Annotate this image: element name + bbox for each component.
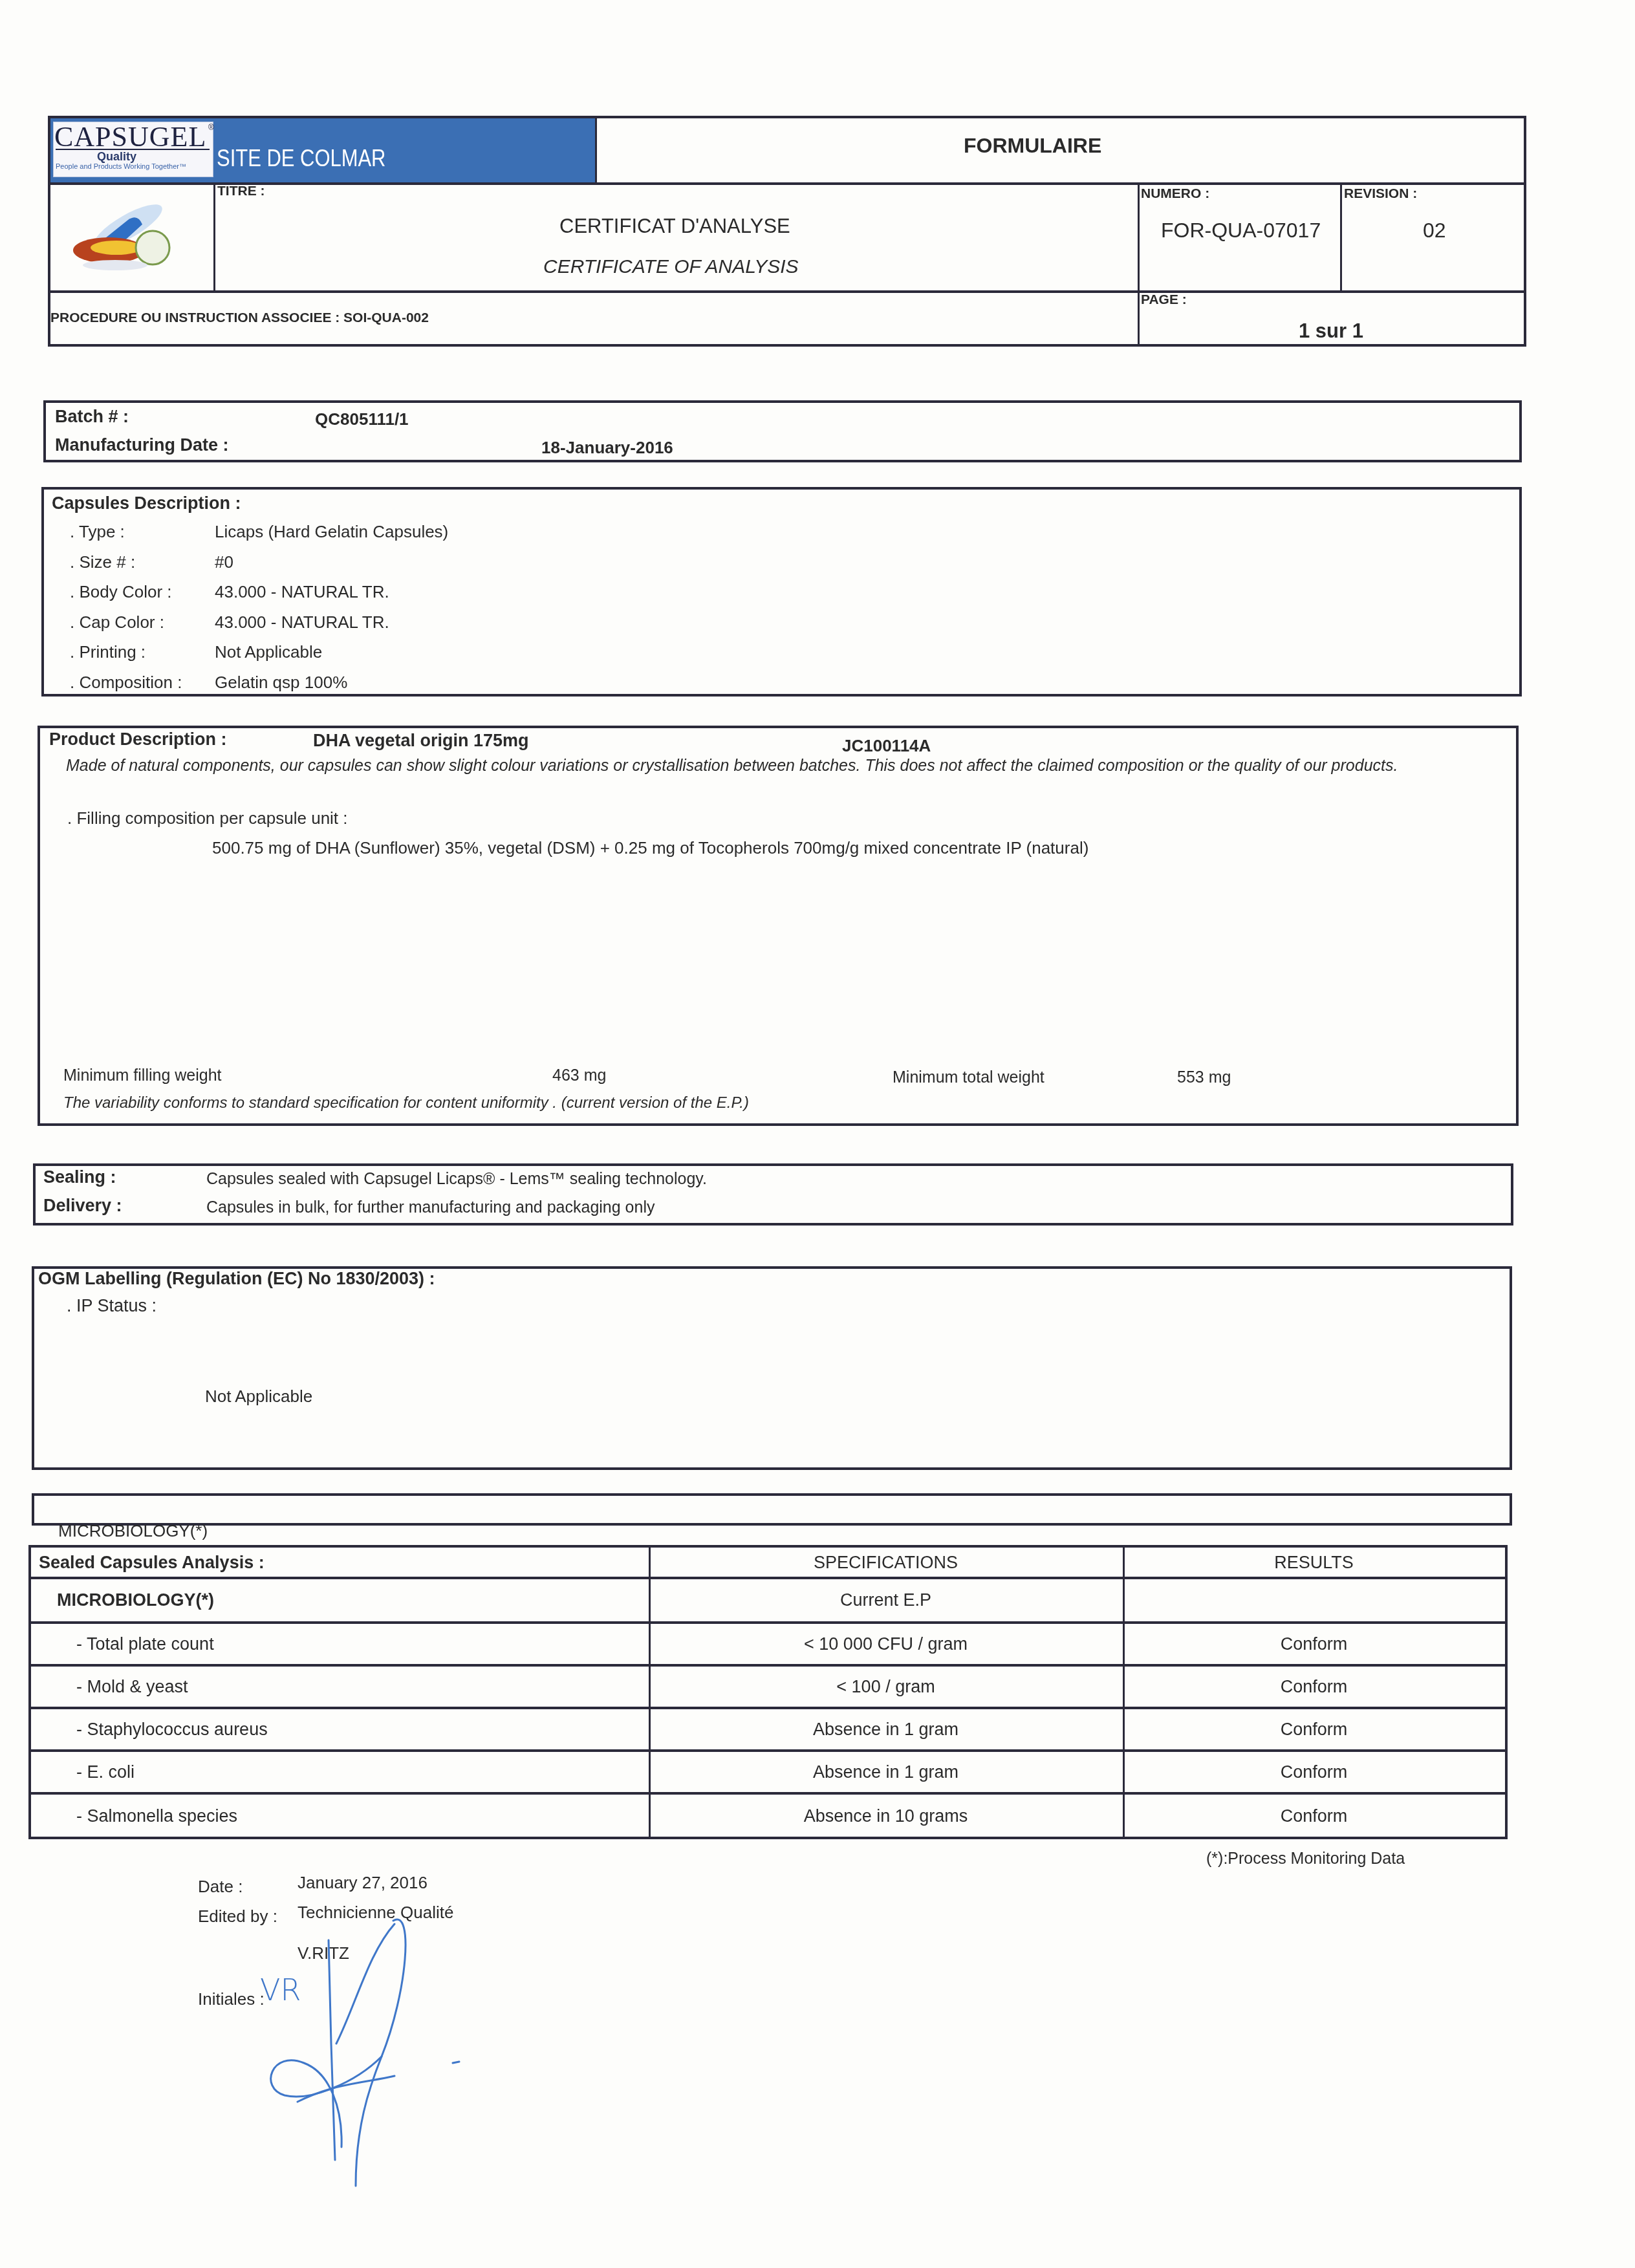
table-row-test: - Staphylococcus aureus	[76, 1708, 649, 1751]
min-total-weight-label: Minimum total weight	[893, 1068, 1045, 1087]
capsule-attr-label: . Type :	[70, 522, 125, 542]
blank-field	[32, 1493, 1512, 1526]
table-row-result: Conform	[1123, 1623, 1505, 1665]
capsule-attr-value: Licaps (Hard Gelatin Capsules)	[215, 522, 448, 542]
ip-status-label: . IP Status :	[67, 1296, 157, 1316]
ogm-heading: OGM Labelling (Regulation (EC) No 1830/2…	[38, 1269, 435, 1289]
batch-value: QC805111/1	[315, 409, 409, 429]
capsule-attr-label: . Size # :	[70, 552, 135, 572]
table-row-result: Conform	[1123, 1708, 1505, 1751]
handwritten-signature-icon	[259, 1914, 466, 2199]
table-group-result	[1123, 1578, 1505, 1623]
table-header-results: RESULTS	[1123, 1548, 1505, 1578]
table-row-test: - Salmonella species	[76, 1793, 649, 1839]
mfg-date-label: Manufacturing Date :	[55, 435, 229, 455]
table-row-spec: < 100 / gram	[649, 1665, 1123, 1708]
min-filling-weight-label: Minimum filling weight	[63, 1066, 222, 1085]
table-row-test: - E. coli	[76, 1751, 649, 1793]
table-row-spec: Absence in 10 grams	[649, 1793, 1123, 1839]
capsule-attr-value: 43.000 - NATURAL TR.	[215, 612, 389, 632]
capsules-heading: Capsules Description :	[52, 493, 241, 513]
delivery-value: Capsules in bulk, for further manufactur…	[206, 1198, 655, 1217]
numero-label: NUMERO :	[1141, 186, 1209, 202]
capsules-description-section: Capsules Description : . Type :Licaps (H…	[41, 487, 1522, 697]
title-label: TITRE :	[217, 184, 265, 199]
ip-status-value: Not Applicable	[205, 1387, 312, 1407]
ogm-labelling-section: OGM Labelling (Regulation (EC) No 1830/2…	[32, 1266, 1512, 1470]
microbiology-caption: MICROBIOLOGY(*)	[58, 1521, 208, 1541]
capsule-attr-value: 43.000 - NATURAL TR.	[215, 582, 389, 602]
logo-tagline: People and Products Working Together™	[56, 163, 186, 171]
document-title-fr: CERTIFICAT D'ANALYSE	[559, 215, 790, 238]
capsule-attr-value: #0	[215, 552, 233, 572]
batch-section: Batch # : QC805111/1 Manufacturing Date …	[43, 400, 1522, 462]
table-row-spec: < 10 000 CFU / gram	[649, 1623, 1123, 1665]
process-monitoring-footnote: (*):Process Monitoring Data	[1206, 1850, 1405, 1868]
logo-subtitle: Quality	[97, 150, 136, 164]
delivery-label: Delivery :	[43, 1196, 122, 1216]
table-row-test: - Total plate count	[76, 1623, 649, 1665]
form-type: FORMULAIRE	[964, 134, 1101, 158]
table-row-result: Conform	[1123, 1751, 1505, 1793]
variability-note: The variability conforms to standard spe…	[63, 1094, 749, 1112]
min-filling-weight-value: 463 mg	[552, 1066, 606, 1085]
product-code: JC100114A	[842, 736, 931, 756]
initials-label: Initiales :	[198, 1989, 265, 2009]
table-group-name: MICROBIOLOGY(*)	[57, 1578, 649, 1623]
table-row-result: Conform	[1123, 1793, 1505, 1839]
table-header-specifications: SPECIFICATIONS	[649, 1548, 1123, 1578]
page-label: PAGE :	[1141, 292, 1187, 308]
capsule-attr-label: . Body Color :	[70, 582, 172, 602]
date-label: Date :	[198, 1877, 243, 1897]
procedure-reference: PROCEDURE OU INSTRUCTION ASSOCIEE : SOI-…	[50, 310, 429, 326]
image-cell-divider	[213, 184, 215, 290]
revision-divider	[1340, 184, 1342, 290]
min-total-weight-value: 553 mg	[1177, 1068, 1231, 1087]
product-description-section: Product Description : DHA vegetal origin…	[38, 726, 1519, 1126]
capsule-attr-label: . Cap Color :	[70, 612, 164, 632]
numero-value: FOR-QUA-07017	[1161, 219, 1321, 243]
revision-value: 02	[1423, 219, 1446, 243]
table-group-spec: Current E.P	[649, 1578, 1123, 1623]
product-label: Product Description :	[49, 729, 227, 750]
table-row-test: - Mold & yeast	[76, 1665, 649, 1708]
analysis-table: Sealed Capsules Analysis :SPECIFICATIONS…	[28, 1545, 1508, 1839]
filling-composition-label: . Filling composition per capsule unit :	[67, 808, 348, 828]
sealing-label: Sealing :	[43, 1167, 116, 1187]
product-name: DHA vegetal origin 175mg	[313, 731, 529, 751]
site-name: SITE DE COLMAR	[217, 145, 385, 172]
date-value: January 27, 2016	[298, 1873, 428, 1893]
filling-composition-value: 500.75 mg of DHA (Sunflower) 35%, vegeta…	[212, 838, 1088, 858]
capsule-attr-label: . Composition :	[70, 673, 182, 693]
table-row-spec: Absence in 1 gram	[649, 1708, 1123, 1751]
batch-label: Batch # :	[55, 407, 129, 427]
header-bottom-rule	[48, 290, 1526, 293]
page-value: 1 sur 1	[1299, 319, 1363, 343]
registered-mark: ®	[208, 123, 214, 132]
table-header-analysis: Sealed Capsules Analysis :	[39, 1548, 649, 1578]
header-divider	[595, 116, 597, 184]
numero-divider	[1138, 184, 1140, 347]
capsule-attr-label: . Printing :	[70, 642, 146, 662]
sealing-delivery-section: Sealing : Capsules sealed with Capsugel …	[33, 1163, 1513, 1226]
table-row-result: Conform	[1123, 1665, 1505, 1708]
capsules-image-icon	[57, 191, 186, 275]
revision-label: REVISION :	[1344, 186, 1417, 202]
capsule-attr-value: Gelatin qsp 100%	[215, 673, 347, 693]
header-rule	[48, 182, 1526, 185]
sealing-value: Capsules sealed with Capsugel Licaps® - …	[206, 1170, 707, 1189]
mfg-date-value: 18-January-2016	[541, 438, 673, 458]
table-row-spec: Absence in 1 gram	[649, 1751, 1123, 1793]
capsule-attr-value: Not Applicable	[215, 642, 322, 662]
product-disclaimer: Made of natural components, our capsules…	[66, 757, 1398, 775]
document-title-en: CERTIFICATE OF ANALYSIS	[543, 256, 799, 278]
